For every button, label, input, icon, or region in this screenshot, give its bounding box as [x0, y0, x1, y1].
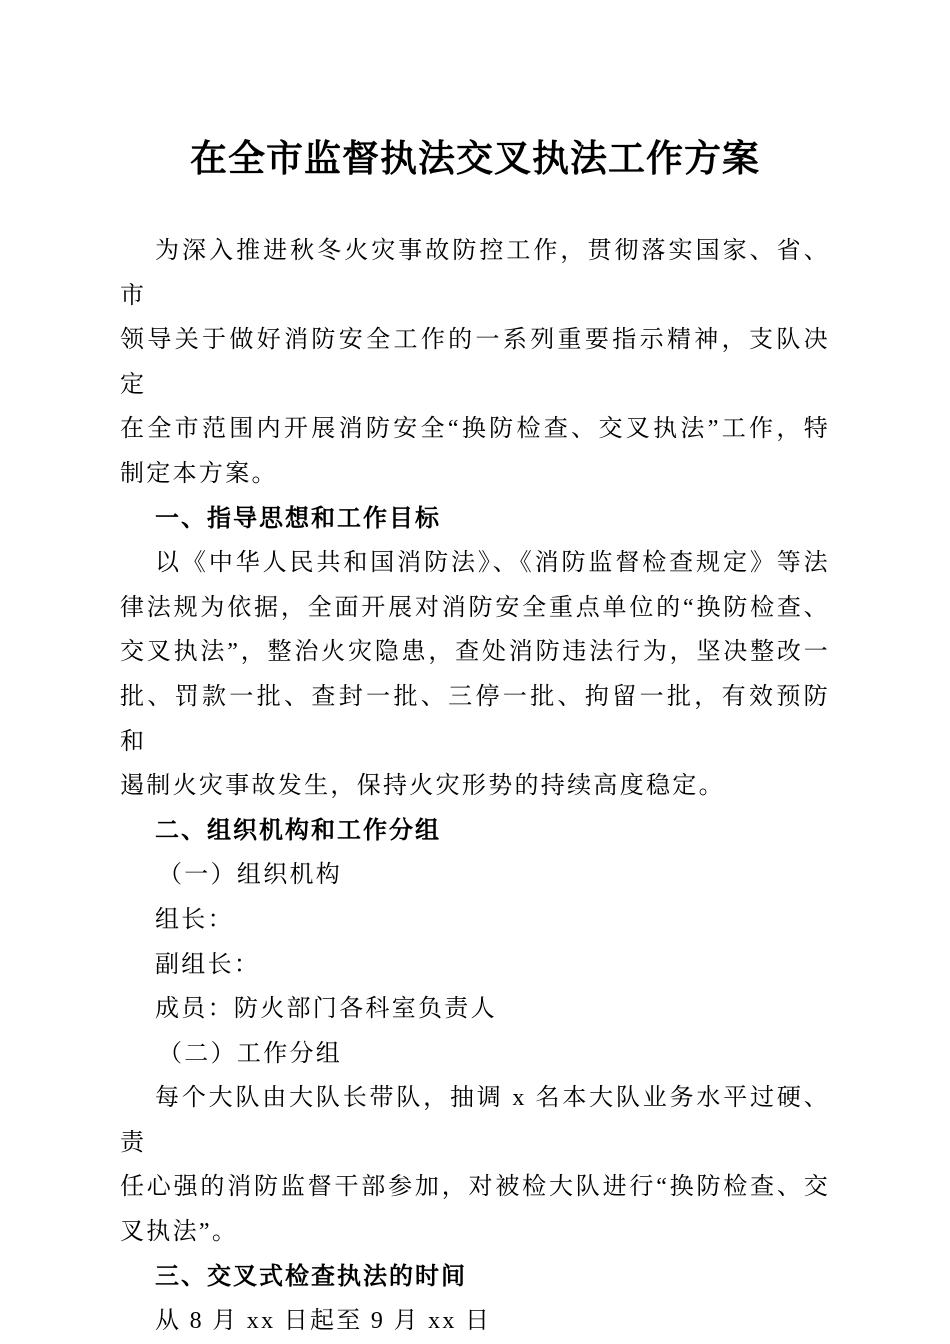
paragraph-line: 交叉执法”，整治火灾隐患，查处消防违法行为，坚决整改一 — [120, 630, 830, 675]
deputy-leader-line: 副组长： — [120, 943, 830, 988]
document-page: 在全市监督执法交叉执法工作方案 为深入推进秋冬火灾事故防控工作，贯彻落实国家、省… — [0, 0, 950, 1344]
paragraph-line: 任心强的消防监督干部参加，对被检大队进行“换防检查、交 — [120, 1165, 830, 1210]
paragraph-line: 在全市范围内开展消防安全“换防检查、交叉执法”工作，特 — [120, 407, 830, 452]
paragraph-line: 以《中华人民共和国消防法》、《消防监督检查规定》等法 — [120, 541, 830, 586]
subsection-heading-2: （二）工作分组 — [120, 1032, 830, 1077]
paragraph-line: 领导关于做好消防安全工作的一系列重要指示精神，支队决定 — [120, 318, 830, 407]
paragraph-line: 遏制火灾事故发生，保持火灾形势的持续高度稳定。 — [120, 764, 830, 809]
section-heading-2: 二、组织机构和工作分组 — [120, 809, 830, 854]
paragraph-line: 制定本方案。 — [120, 452, 830, 497]
paragraph-line: 律法规为依据，全面开展对消防安全重点单位的“换防检查、 — [120, 586, 830, 631]
paragraph-line: 叉执法”。 — [120, 1210, 830, 1255]
subsection-heading-1: （一）组织机构 — [120, 853, 830, 898]
group-leader-line: 组长： — [120, 898, 830, 943]
document-title: 在全市监督执法交叉执法工作方案 — [120, 135, 830, 185]
paragraph-line: 批、罚款一批、查封一批、三停一批、拘留一批，有效预防和 — [120, 675, 830, 764]
paragraph-line: 为深入推进秋冬火灾事故防控工作，贯彻落实国家、省、市 — [120, 229, 830, 318]
schedule-line: 从 8 月 xx 日起至 9 月 xx 日 — [120, 1299, 830, 1344]
paragraph-line: 每个大队由大队长带队，抽调 x 名本大队业务水平过硬、责 — [120, 1076, 830, 1165]
section-heading-1: 一、指导思想和工作目标 — [120, 497, 830, 542]
section-heading-3: 三、交叉式检查执法的时间 — [120, 1255, 830, 1300]
members-line: 成员：防火部门各科室负责人 — [120, 987, 830, 1032]
